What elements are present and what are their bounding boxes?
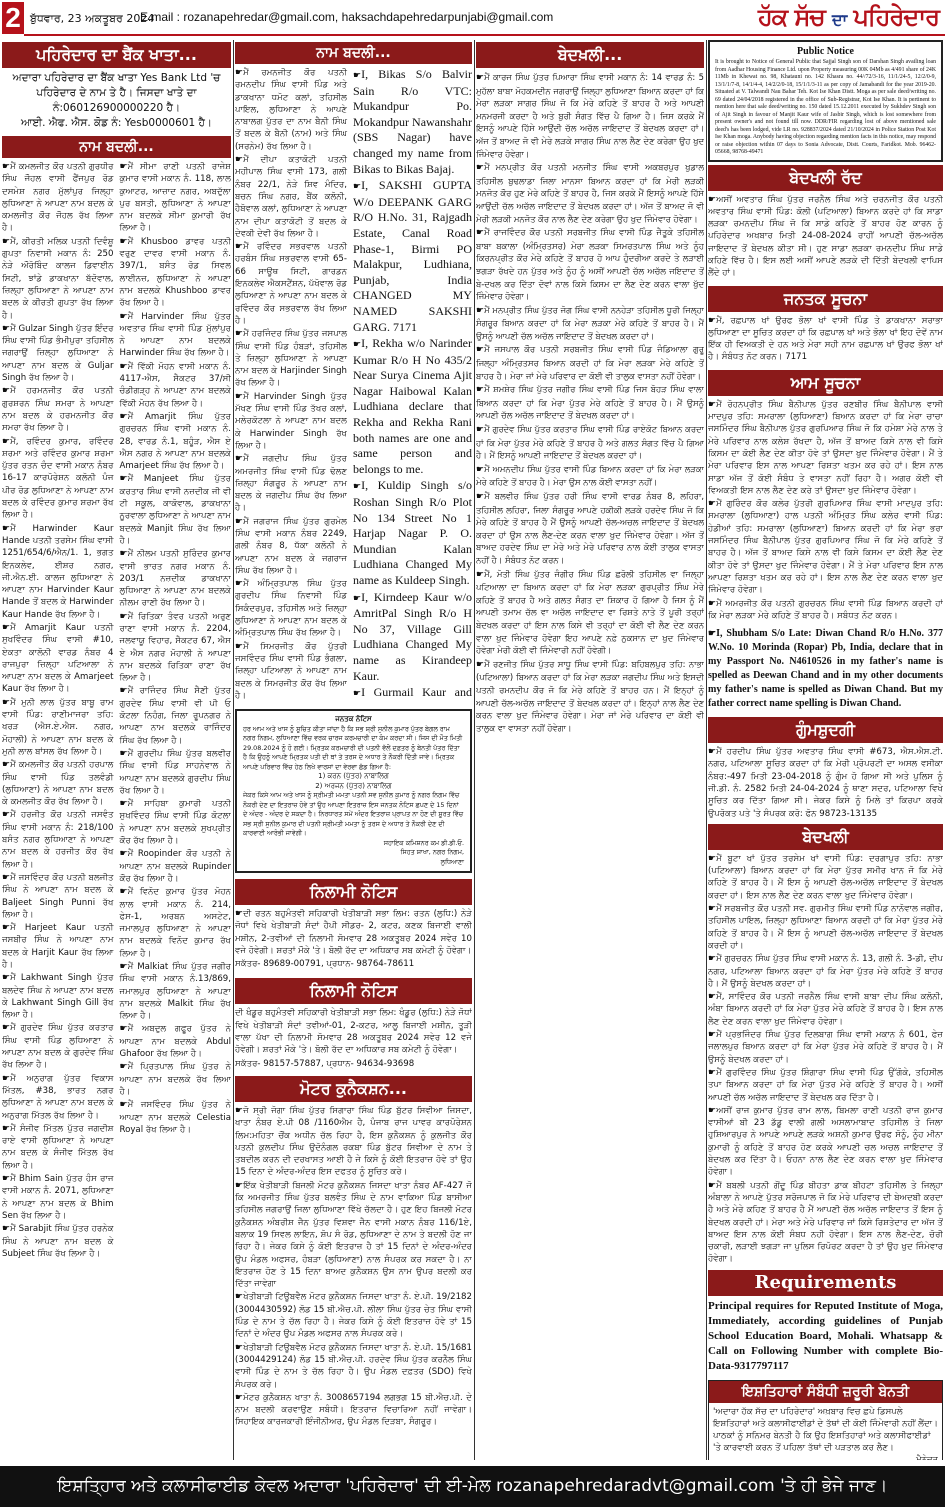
list-item: ਮੈਂ ਰਣਜੀਤ ਸਿੰਘ ਪੁੱਤਰ ਸਾਧੂ ਸਿੰਘ ਵਾਸੀ ਪਿੰਡ…	[476, 658, 704, 735]
public-info-header: ਜਨਤਕ ਸੂਚਨਾ	[708, 286, 943, 312]
list-item: ਮੈਂ Sarabjit ਸਿੰਘ ਪੁੱਤਰ ਹਰਨੇਕ ਸਿੰਘ ਨੇ ਆਪ…	[2, 1223, 114, 1260]
requirements-header: Requirements	[708, 1270, 943, 1296]
issue-date: ਬੁੱਧਵਾਰ, 23 ਅਕਤੂਬਰ 2024	[30, 12, 154, 26]
notice-title: ਜਨਤਕ ਨੋਟਿਸ	[243, 715, 464, 725]
list-item: ਅਸੀਂ ਰਾਜ ਕੁਮਾਰ ਪੁੱਤਰ ਰਾਮ ਲਾਲ, ਬਿਮਲਾ ਰਾਣੀ…	[708, 1105, 943, 1179]
list-item: ਮੈਂ ਸੀਮਾ ਰਾਣੀ ਪਤਨੀ ਰਾਜੇਸ਼ ਕੁਮਾਰ ਵਾਸੀ ਮਕਾ…	[120, 161, 232, 235]
list-item: ਮੈਂ ਰਵਿੰਦਰ ਸਭਰਵਾਲ ਪਤਨੀ ਹਰਬੰਸ ਸਿੰਘ ਸਭਰਵਾਲ…	[235, 241, 347, 327]
list-item: ਜੋ ਸ੍ਰੀ ਜੋਗਾ ਸਿੰਘ ਪੁੱਤਰ ਸਿਗਾਰਾ ਸਿੰਘ ਪਿੰਡ…	[235, 1105, 472, 1179]
auction-notice-header: ਨਿਲਾਮੀ ਨੋਟਿਸ	[235, 879, 472, 905]
list-item: I, Kuldip Singh s/o Roshan Singh R/o Plo…	[353, 478, 472, 588]
list-item: ਮੈਂ, ਰਵਿੰਦਰ ਕੁਮਾਰ, ਰਵਿੰਦਰ ਸ਼ਰਮਾ ਅਤੇ ਰਵਿੰ…	[2, 436, 114, 522]
list-item: ਮੈਂ, ਕੀਰਤੀ ਮਲਿਕ ਪਤਨੀ ਦਿਵੰਸ਼ੂ ਗੁਪਤਾ ਨਿਵਾਸ…	[2, 236, 114, 322]
eviction-list: ਮੈਂ ਕਾਰਜ ਸਿੰਘ ਪੁੱਤਰ ਪਿਆਰਾ ਸਿੰਘ ਵਾਸੀ ਮਕਾਨ…	[476, 71, 704, 734]
list-item: ਮੈਂ ਨੀਲਮ ਪਤਨੀ ਸੁਰਿੰਦਰ ਕੁਮਾਰ ਵਾਸੀ ਭਾਰਤ ਨਗ…	[120, 548, 232, 609]
column-3: ਬੇਦਖ਼ਲੀ... ਮੈਂ ਕਾਰਜ ਸਿੰਘ ਪੁੱਤਰ ਪਿਆਰਾ ਸਿੰ…	[476, 40, 704, 1460]
signature-line: ਸਿਹਤ ਸ਼ਾਖਾ, ਨਗਰ ਨਿਗਮ,	[243, 848, 464, 858]
list-item: ਮੈਂ ਗੁਰਦੇਵ ਸਿੰਘ ਪੁੱਤਰ ਕਰਤਾਰ ਸਿੰਘ ਵਾਸੀ ਪਿ…	[2, 1022, 114, 1071]
list-item: I, Shubham S/o Late: Diwan Chand R/o H.N…	[708, 626, 943, 711]
list-item: ਮੈਂ, ਮੋਤੀ ਸਿੰਘ ਪੁੱਤਰ ਜੰਗੀਰ ਸਿੰਘ ਪਿੰਡ ਛਰੋ…	[476, 568, 704, 657]
list-item: ਮੈਂ ਰਾਜਵਿੰਦਰ ਕੌਰ ਪਤਨੀ ਸਰਬਜੀਤ ਸਿੰਘ ਵਾਸੀ ਪ…	[476, 226, 704, 303]
list-item: ਮੈਂ ਸਿਮਰਜੀਤ ਕੌਰ ਪੁੱਤਰੀ ਜਸਵਿੰਦਰ ਸਿੰਘ ਵਾਸੀ…	[235, 641, 347, 702]
list-item: ਮੈਂ Bhim Sain ਪੁੱਤਰ ਹੰਸ ਰਾਜ ਵਾਸੀ ਮਕਾਨ ਨੰ…	[2, 1173, 114, 1222]
list-item: I, Bikas S/o Balvir Sain R/o VTC: Mukand…	[353, 67, 472, 177]
cancel-eviction-header: ਬੇਦਖਲੀ ਰੱਦ	[708, 165, 943, 191]
list-item: ਮੈਂ ਰਿਤਿਕਾ ਤੰਵਰ ਪਤਨੀ ਅਰੁਣ ਰਾਣਾ ਵਾਸੀ ਮਕਾਨ…	[120, 611, 232, 685]
list-item: ਮੈਂ ਜਗਦੀਪ ਸਿੰਘ ਪੁੱਤਰ ਅਮਰਜੀਤ ਸਿੰਘ ਵਾਸੀ ਪਿ…	[235, 453, 347, 514]
list-item: ਮੈਂ ਗੁਰਵਿੰਦਰ ਸਿੰਘ ਪੁੱਤਰ ਸ਼ਿੰਗਾਰਾ ਸਿੰਘ ਵਾ…	[708, 1067, 943, 1104]
list-item: ਖੇਤੀਬਾੜੀ ਟਿਊਬਵੈਲ ਮੋਟਰ ਕੁਨੈਕਸ਼ਨ ਜਿਸਦਾ ਖਾਤ…	[235, 1342, 472, 1391]
column-4: Public Notice It is brought to Notice of…	[708, 40, 943, 1460]
eviction-list: ਮੈਂ ਬੂਟਾ ਖਾਂ ਪੁੱਤਰ ਤਰਸੇਮ ਖਾਂ ਵਾਸੀ ਪਿੰਡ: …	[708, 853, 943, 1266]
name-change-punjabi-list: ਮੈਂ ਰਮਨਜੀਤ ਕੌਰ ਪਤਨੀ ਰਮਨਦੀਪ ਸਿੰਘ ਵਾਸੀ ਪਿੰ…	[235, 67, 347, 703]
list-item: ਮੈਂ ਜਸਪਾਲ ਕੌਰ ਪਤਨੀ ਸਰਬਜੀਤ ਸਿੰਘ ਵਾਸੀ ਪਿੰਡ…	[476, 343, 704, 382]
column-divider	[233, 40, 234, 1460]
list-item: ਮੈਂ Amarjit ਸਿੰਘ ਪੁੱਤਰ ਗੁਰਚਰਨ ਸਿੰਘ ਵਾਸੀ …	[120, 411, 232, 472]
notice-body: ਹਰ ਆਮ ਅਤੇ ਖਾਸ ਨੂੰ ਸੂਚਿਤ ਕੀਤਾ ਜਾਂਦਾ ਹੈ ਕਿ…	[243, 725, 464, 773]
heir-item: 2) ਅਰਜਨ (ਪੁੱਤਰ) ਨਾਬਾਲਿਗ	[243, 782, 464, 792]
general-info-header: ਆਮ ਸੂਚਨਾ	[708, 370, 943, 396]
list-item: ਮੈਂ ਪ੍ਰਭਜਿੰਦਰ ਸਿੰਘ ਪੁੱਤਰ ਦਿਲਬਾਗ ਸਿੰਘ ਵਾਸ…	[708, 1029, 943, 1066]
list-item: ਮੈਂ ਸ਼ਮਸ਼ੇਰ ਸਿੰਘ ਪੁੱਤਰ ਜਗੀਰ ਸਿੰਘ ਵਾਸੀ ਪਿ…	[476, 383, 704, 422]
footer-banner: ਇਸ਼ਤ੍ਹਿਾਰ ਅਤੇ ਕਲਾਸੀਫਾਈਡ ਕੇਵਲ ਅਦਾਰਾ 'ਪਹਿਰ…	[0, 1466, 945, 1507]
signature-line: ਲੁਧਿਆਣਾ	[243, 858, 464, 868]
notice-body-2: ਜੇਕਰ ਕਿਸੇ ਆਮ ਅਤੇ ਖਾਸ ਨੂੰ ਸ੍ਰੀਮਤੀ ਮਮਤਾ ਪਤ…	[243, 791, 464, 839]
list-item: ਮੈਂ ਕਮਲਜੀਤ ਕੌਰ ਪਤਨੀ ਗੁਰਧੀਰ ਸਿੰਘ ਜੌਹਲ ਵਾਸ…	[2, 161, 114, 235]
list-item: ਮੈਂ ਜਸਵਿੰਦਰ ਸਿੰਘ ਪੁੱਤਰ ਨੇ ਆਪਣਾ ਨਾਮ ਬਦਲਕੇ…	[120, 1099, 232, 1136]
list-item: I, Kirndeep Kaur w/o AmritPal Singh R/o …	[353, 590, 472, 685]
list-item: ਮੈਂ ਹਰਜੀਤ ਕੌਰ ਪਤਨੀ ਜਸਵੰਤ ਸਿੰਘ ਵਾਸੀ ਮਕਾਨ …	[2, 809, 114, 870]
name-change-english-list: I, Bikas S/o Balvir Sain R/o VTC: Mukand…	[353, 67, 472, 703]
eviction-header: ਬੇਦਖਲੀ	[708, 824, 943, 850]
auction-notice: ਦੀ ਰਤਨ ਬਹੁਮੰਤਵੀ ਸਹਿਕਾਰੀ ਖੇਤੀਬਾੜੀ ਸਭਾ ਲਿਮ…	[235, 908, 472, 970]
column-divider	[474, 40, 475, 1460]
motor-connection-header: ਮੋਟਰ ਕੁਨੈਕਸ਼ਨ...	[235, 1076, 472, 1102]
auction-contact: ਸਕੱਤਰ- 89689-00791, ਪ੍ਰਧਾਨ- 98764-78611	[235, 958, 472, 970]
list-item: ਇੱਕ ਖੇਤੀਬਾੜੀ ਬਿਜਲੀ ਮੋਟਰ ਕੁਨੈਕਸ਼ਨ ਜਿਸਦਾ ਖ…	[235, 1180, 472, 1291]
auction-body: ਦੀ ਖੰਡੂਰ ਬਹੁਮੰਤਵੀ ਸਹਿਕਾਰੀ ਖੇਤੀਬਾੜੀ ਸਭਾ ਲ…	[235, 1007, 472, 1056]
list-item: ਮੈਂ ਵਿਨੋਦ ਕੁਮਾਰ ਪੁੱਤਰ ਮੋਹਨ ਲਾਲ ਵਾਸੀ ਮਕਾਨ…	[120, 886, 232, 960]
list-item: ਮੈਂ, ਰਛਪਾਲ ਖਾਂ ਉਰਫ ਭੋਲਾ ਖਾਂ ਵਾਸੀ ਪਿੰਡ ਤੇ…	[708, 315, 943, 364]
name-change-header: ਨਾਮ ਬਦਲੀ...	[2, 136, 231, 158]
list-item: ਮੈਂ ਰਾਜਿੰਦਰ ਸਿੰਘ ਸੈਣੀ ਪੁੱਤਰ ਗੁਰਦੇਵ ਸਿੰਘ …	[120, 685, 232, 746]
masthead: 2 ਬੁੱਧਵਾਰ, 23 ਅਕਤੂਬਰ 2024 E.mail : rozan…	[0, 0, 945, 36]
list-item: ਮੈਂ ਪ੍ਰਿਤਪਾਲ ਸਿੰਘ ਪੁੱਤਰ ਨੇ ਆਪਣਾ ਨਾਮ ਬਦਲਕ…	[120, 1061, 232, 1098]
logo-text-right: ਪਹਿਰੇਦਾਰ	[846, 3, 939, 31]
column-1: ਪਹਿਰੇਦਾਰ ਦਾ ਬੈਂਕ ਖਾਤਾ... ਅਦਾਰਾ ਪਹਿਰੇਦਾਰ …	[2, 40, 231, 1460]
list-item: ਮੈਂ Lakhwant Singh ਪੁੱਤਰ ਬਲਦੇਵ ਸਿੰਘ ਨੇ ਆ…	[2, 972, 114, 1021]
notice-title: Public Notice	[715, 45, 936, 59]
list-item: ਮੈਂ ਜਸਵਿੰਦਰ ਕੌਰ ਪਤਨੀ ਬਲਜੀਤ ਸਿੰਘ ਨੇ ਆਪਣਾ …	[2, 872, 114, 921]
name-change-header: ਨਾਮ ਬਦਲੀ...	[235, 42, 472, 64]
page-number: 2	[2, 2, 24, 34]
list-item: I Gurmail Kaur and Gurmail Kour W/o Dida…	[353, 685, 472, 703]
auction-notice-header: ਨਿਲਾਮੀ ਨੋਟਿਸ	[235, 978, 472, 1004]
list-item: ਮੈਂ ਮਨਪ੍ਰੀਤ ਸਿੰਘ ਪੁੱਤਰ ਜੋਗ ਸਿੰਘ ਵਾਸੀ ਨਨਹ…	[476, 304, 704, 343]
list-item: ਮੈਂ ਬਲਵੀਰ ਸਿੰਘ ਪੁੱਤਰ ਹਰੀ ਸਿੰਘ ਵਾਸੀ ਵਾਰਡ …	[476, 490, 704, 567]
name-change-list-right: ਮੈਂ ਸੀਮਾ ਰਾਣੀ ਪਤਨੀ ਰਾਜੇਸ਼ ਕੁਮਾਰ ਵਾਸੀ ਮਕਾ…	[120, 161, 232, 1261]
heir-item: 1) ਕਰਨ (ਪੁੱਤਰ) ਨਾਬਾਲਿਗ	[243, 772, 464, 782]
general-info-list: ਮੈਂ ਰੋਹਨਪ੍ਰੀਤ ਸਿੰਘ ਬੈਨੀਪਾਲ ਪੁੱਤਰ ਰਣਬੀਰ ਸ…	[708, 399, 943, 622]
list-item: ਮੈਂ ਬਬਲੀ ਪਤਨੀ ਗੋਂਦੂ ਪਿੰਡ ਬੀਹਤਾ ਡਾਕ ਬੀਹਟਾ…	[708, 1180, 943, 1266]
list-item: ਮੈਂ ਰਮਨਜੀਤ ਕੌਰ ਪਤਨੀ ਰਮਨਦੀਪ ਸਿੰਘ ਵਾਸੀ ਪਿੰ…	[235, 67, 347, 153]
list-item: ਮੈਂ Harjeet Kaur ਪਤਨੀ ਜਸਬੀਰ ਸਿੰਘ ਨੇ ਆਪਣਾ…	[2, 922, 114, 971]
list-item: ਮੈਂ ਗੁਰਦੀਪ ਸਿੰਘ ਪੁੱਤਰ ਬਲਵੀਰ ਸਿੰਘ ਵਾਸੀ ਪਿ…	[120, 748, 232, 797]
list-item: ਖੇਤੀਬਾੜੀ ਟਿਊਬਵੈਲ ਮੋਟਰ ਕੁਨੈਕਸ਼ਨ ਜਿਸਦਾ ਖਾਤ…	[235, 1291, 472, 1340]
requirements-body: Principal requires for Reputed Institute…	[708, 1299, 943, 1374]
eviction-header: ਬੇਦਖ਼ਲੀ...	[476, 42, 704, 68]
list-item: ਮੈਂ ਕਾਰਜ ਸਿੰਘ ਪੁੱਤਰ ਪਿਆਰਾ ਸਿੰਘ ਵਾਸੀ ਮਕਾਨ…	[476, 71, 704, 160]
list-item: ਮੈਂ, ਸਾਵਿੰਦਰ ਕੌਰ ਪਤਨੀ ਜਰਨੈਲ ਸਿੰਘ ਵਾਸੀ ਬਾ…	[708, 991, 943, 1028]
list-item: ਮੈਂ ਬੂਟਾ ਖਾਂ ਪੁੱਤਰ ਤਰਸੇਮ ਖਾਂ ਵਾਸੀ ਪਿੰਡ: …	[708, 853, 943, 902]
list-item: ਮੋਟਰ ਕੁਨੈਕਸ਼ਨ ਖਾਤਾ ਨੰ. 3008657194 ਲਗਭਗ 1…	[235, 1392, 472, 1429]
disclaimer-body: 'ਅਦਾਰਾ ਹੱਕ ਸੱਚ ਦਾ ਪਹਿਰੇਦਾਰ' ਅਖ਼ਬਾਰ ਵਿਚ ਛ…	[709, 1403, 942, 1460]
ifsc-line: ਆਈ. ਐਫ. ਐਸ. ਕੋਡ ਨੰ: Yesb0000601 ਹੈ।	[4, 116, 229, 131]
list-item: ਮੈਂ Malkiat ਸਿੰਘ ਪੁੱਤਰ ਜਗੀਰ ਸਿੰਘ ਵਾਸੀ ਮਕ…	[120, 961, 232, 1022]
list-item: ਮੈਂ ਅੰਮ੍ਰਿਤਪਾਲ ਸਿੰਘ ਪੁੱਤਰ ਗੁਰਦੀਪ ਸਿੰਘ ਨਿ…	[235, 578, 347, 639]
column-divider	[706, 40, 707, 1460]
list-item: ਮੈਂ ਅਬਦੁਲ ਗਫੂਰ ਪੁੱਤਰ ਨੇ ਆਪਣਾ ਨਾਮ ਬਦਲਕੇ A…	[120, 1023, 232, 1060]
list-item: ਮੈਂ ਕਮਲਜੀਤ ਕੌਰ ਪਤਨੀ ਹਰਪਾਲ ਸਿੰਘ ਵਾਸੀ ਪਿੰਡ…	[2, 759, 114, 808]
disclaimer-text: 'ਅਦਾਰਾ ਹੱਕ ਸੱਚ ਦਾ ਪਹਿਰੇਦਾਰ' ਅਖ਼ਬਾਰ ਵਿਚ ਛ…	[713, 1407, 938, 1453]
auction-body: ਦੀ ਰਤਨ ਬਹੁਮੰਤਵੀ ਸਹਿਕਾਰੀ ਖੇਤੀਬਾੜੀ ਸਭਾ ਲਿਮ…	[235, 908, 472, 957]
bank-account-line: ਅਦਾਰਾ ਪਹਿਰੇਦਾਰ ਦਾ ਬੈਂਕ ਖਾਤਾ Yes Bank Ltd…	[4, 71, 229, 116]
list-item: ਮੈਂ ਗੁਰਦੇਵ ਸਿੰਘ ਪੁੱਤਰ ਕਰਤਾਰ ਸਿੰਘ ਵਾਸੀ ਪਿ…	[476, 423, 704, 462]
list-item: ਮੈਂ Roopinder ਕੌਰ ਪਤਨੀ ਨੇ ਆਪਣਾ ਨਾਮ ਬਦਲਕੇ…	[120, 848, 232, 885]
list-item: ਮੈਂ ਸੰਜੀਵ ਮਿੱਤਲ ਪੁੱਤਰ ਜਗਦੀਸ਼ ਰਾਏ ਵਾਸੀ ਲੁ…	[2, 1123, 114, 1172]
column-2: ਨਾਮ ਬਦਲੀ... ਮੈਂ ਰਮਨਜੀਤ ਕੌਰ ਪਤਨੀ ਰਮਨਦੀਪ ਸ…	[235, 40, 472, 1460]
list-item: ਮੈਂ Harvinder Singh ਪੁੱਤਰ ਮੱਖਣ ਸਿੰਘ ਵਾਸੀ…	[235, 391, 347, 452]
lost-document-header: ਗੁੰਮਸ਼ੁਦਗੀ	[708, 717, 943, 743]
list-item: ਮੈਂ ਅਮਨਦੀਪ ਸਿੰਘ ਪੁੱਤਰ ਵਾਸੀ ਪਿੰਡ ਬਿਆਨ ਕਰਦ…	[476, 463, 704, 489]
list-item: ਮੈਂ ਸਾਹਿਬਾ ਕੁਮਾਰੀ ਪਤਨੀ ਸੁਖਵਿੰਦਰ ਸਿੰਘ ਵਾਸ…	[120, 798, 232, 847]
name-change-list-left: ਮੈਂ ਕਮਲਜੀਤ ਕੌਰ ਪਤਨੀ ਗੁਰਧੀਰ ਸਿੰਘ ਜੌਹਲ ਵਾਸ…	[2, 161, 114, 1261]
header-rule	[24, 34, 945, 36]
public-info-body: ਮੈਂ, ਰਛਪਾਲ ਖਾਂ ਉਰਫ ਭੋਲਾ ਖਾਂ ਵਾਸੀ ਪਿੰਡ ਤੇ…	[708, 315, 943, 364]
list-item: ਮੈਂ ਗੁਰਿੰਦਰ ਕੌਰ ਕਲੇਰ ਪੁੱਤਰੀ ਗੁਰਪਿਆਰ ਸਿੰਘ…	[708, 498, 943, 596]
list-item: ਮੈਂ Khusboo ਡਾਵਰ ਪਤਨੀ ਵਰੁਣ ਦਾਵਰ ਵਾਸੀ ਮਕਾ…	[120, 236, 232, 310]
passport-notice: I, Shubham S/o Late: Diwan Chand R/o H.N…	[708, 626, 943, 711]
list-item: ਮੈਂ ਹਰਜਿੰਦਰ ਸਿੰਘ ਪੁੱਤਰ ਜਸਪਾਲ ਸਿੰਘ ਵਾਸੀ ਪ…	[235, 328, 347, 389]
list-item: ਮੈਂ ਗੁਰਚਰਨ ਸਿੰਘ ਪੁੱਤਰ ਸਿੰਘ ਵਾਸੀ ਮਕਾਨ ਨੰ.…	[708, 953, 943, 990]
list-item: ਮੈਂ Amarjit Kaur ਪਤਨੀ ਸੁਖਵਿੰਦਰ ਸਿੰਘ ਵਾਸੀ…	[2, 622, 114, 696]
newspaper-logo: ਹੱਕ ਸੱਚ ਦਾ ਪਹਿਰੇਦਾਰ	[758, 2, 939, 35]
contact-email[interactable]: E.mail : rozanapehredar@gmail.com, haksa…	[140, 10, 553, 24]
cancel-eviction-body: ਅਸੀਂ ਅਵਤਾਰ ਸਿੰਘ ਪੁੱਤਰ ਜਰਨੈਲ ਸਿੰਘ ਅਤੇ ਚਰਨ…	[708, 194, 943, 280]
public-notice-box: ਜਨਤਕ ਨੋਟਿਸ ਹਰ ਆਮ ਅਤੇ ਖਾਸ ਨੂੰ ਸੂਚਿਤ ਕੀਤਾ …	[235, 709, 472, 873]
list-item: ਮੈਂ ਅਨੁਰਾਗ ਪੁੱਤਰ ਵਿਕਾਸ ਮਿੱਤਲ, #38, ਭਾਰਤ …	[2, 1073, 114, 1122]
list-item: ਮੈਂ Harwinder Kaur Hande ਪਤਨੀ ਤਰਸੇਮ ਸਿੰਘ…	[2, 523, 114, 621]
list-item: ਮੈਂ ਵਿੱਕੀ ਮੋਹਨ ਵਾਸੀ ਮਕਾਨ ਨੰ. 4117-ਐਸ, ਸੈ…	[120, 361, 232, 410]
disclaimer-box: ਇਸ਼ਤਿਹਾਰਾਂ ਸੰਬੰਧੀ ਜ਼ਰੂਰੀ ਬੇਨਤੀ 'ਅਦਾਰਾ ਹੱ…	[708, 1380, 943, 1460]
signature-line: ਸਹਾਇਕ ਕਮਿਸ਼ਨਰ ਕਮ ਡੀ.ਡੀ.ਓ.	[243, 839, 464, 849]
public-notice-english: Public Notice It is brought to Notice of…	[708, 40, 943, 162]
list-item: ਮੈਂ ਅਮਰਜੀਤ ਕੌਰ ਪਤਨੀ ਗੁਰਚਰਨ ਸਿੰਘ ਵਾਸੀ ਪਿੰ…	[708, 598, 943, 623]
logo-text-left: ਹੱਕ ਸੱਚ	[758, 3, 832, 31]
list-item: ਮੈਂ ਹਰਮਨਜੀਤ ਕੌਰ ਪਤਨੀ ਗੁਰਸ਼ਰਨ ਸਿੰਘ ਸਮਰਾ ਨ…	[2, 385, 114, 434]
disclaimer-sign: ਮੈਨੇਜਰ	[713, 1454, 938, 1460]
list-item: ਮੈਂ ਹਰਦੀਪ ਸਿੰਘ ਪੁੱਤਰ ਅਵਤਾਰ ਸਿੰਘ ਵਾਸੀ #67…	[708, 746, 943, 820]
auction-contact: ਸਕੱਤਰ- 98157-57887, ਪ੍ਰਧਾਨ- 94634-93698	[235, 1058, 472, 1070]
list-item: ਮੈਂ Harvinder ਸਿੰਘ ਪੁੱਤਰ ਅਵਤਾਰ ਸਿੰਘ ਵਾਸੀ…	[120, 311, 232, 360]
auction-notice: ਦੀ ਖੰਡੂਰ ਬਹੁਮੰਤਵੀ ਸਹਿਕਾਰੀ ਖੇਤੀਬਾੜੀ ਸਭਾ ਲ…	[235, 1007, 472, 1069]
bank-account-info: ਅਦਾਰਾ ਪਹਿਰੇਦਾਰ ਦਾ ਬੈਂਕ ਖਾਤਾ Yes Bank Ltd…	[2, 71, 231, 134]
list-item: ਮੈਂ ਮਨਪ੍ਰੀਤ ਕੌਰ ਪਤਨੀ ਮਨਜੀਤ ਸਿੰਘ ਵਾਸੀ ਅਕਬ…	[476, 161, 704, 225]
list-item: I, Rekha w/o Narinder Kumar R/o H No 435…	[353, 336, 472, 477]
list-item: ਮੈਂ ਸਰਬਜੀਤ ਕੌਰ ਪਤਨੀ ਸਵ. ਗੁਰਮੀਤ ਸਿੰਘ ਵਾਸੀ…	[708, 903, 943, 952]
list-item: ਅਸੀਂ ਅਵਤਾਰ ਸਿੰਘ ਪੁੱਤਰ ਜਰਨੈਲ ਸਿੰਘ ਅਤੇ ਚਰਨ…	[708, 194, 943, 280]
motor-connection-list: ਜੋ ਸ੍ਰੀ ਜੋਗਾ ਸਿੰਘ ਪੁੱਤਰ ਸਿਗਾਰਾ ਸਿੰਘ ਪਿੰਡ…	[235, 1105, 472, 1429]
list-item: ਮੈਂ ਰੋਹਨਪ੍ਰੀਤ ਸਿੰਘ ਬੈਨੀਪਾਲ ਪੁੱਤਰ ਰਣਬੀਰ ਸ…	[708, 399, 943, 497]
list-item: ਮੈਂ ਦੀਪਾ ਕਤਾਕੋਟੀ ਪਤਨੀ ਮਹੀਪਾਲ ਸਿੰਘ ਵਾਸੀ 1…	[235, 154, 347, 240]
notice-body: It is brought to Notice of General Publi…	[715, 59, 936, 157]
list-item: ਮੈਂ ਜਗਰਾਜ ਸਿੰਘ ਪੁੱਤਰ ਗੁਰਮੇਲ ਸਿੰਘ ਵਾਸੀ ਮਕ…	[235, 516, 347, 577]
disclaimer-header: ਇਸ਼ਤਿਹਾਰਾਂ ਸੰਬੰਧੀ ਜ਼ਰੂਰੀ ਬੇਨਤੀ	[709, 1381, 942, 1403]
logo-text-mid: ਦਾ	[832, 10, 846, 29]
list-item: ਮੈਂ ਮੁਨੀ ਲਾਲ ਪੁੱਤਰ ਬਾਬੂ ਰਾਮ ਵਾਸੀ ਪਿੰਡ: ਰ…	[2, 697, 114, 758]
list-item: ਮੈਂ Gulzar Singh ਪੁੱਤਰ ਇੰਦਰ ਸਿੰਘ ਵਾਸੀ ਪਿ…	[2, 323, 114, 384]
lost-document-body: ਮੈਂ ਹਰਦੀਪ ਸਿੰਘ ਪੁੱਤਰ ਅਵਤਾਰ ਸਿੰਘ ਵਾਸੀ #67…	[708, 746, 943, 820]
bank-account-header: ਪਹਿਰੇਦਾਰ ਦਾ ਬੈਂਕ ਖਾਤਾ...	[2, 42, 231, 68]
list-item: ਮੈਂ Manjeet ਸਿੰਘ ਪੁੱਤਰ ਕਰਤਾਰ ਸਿੰਘ ਵਾਸੀ ਨ…	[120, 473, 232, 547]
list-item: I, SAKSHI GUPTA W/o DEEPANK GARG R/O H.N…	[353, 178, 472, 335]
